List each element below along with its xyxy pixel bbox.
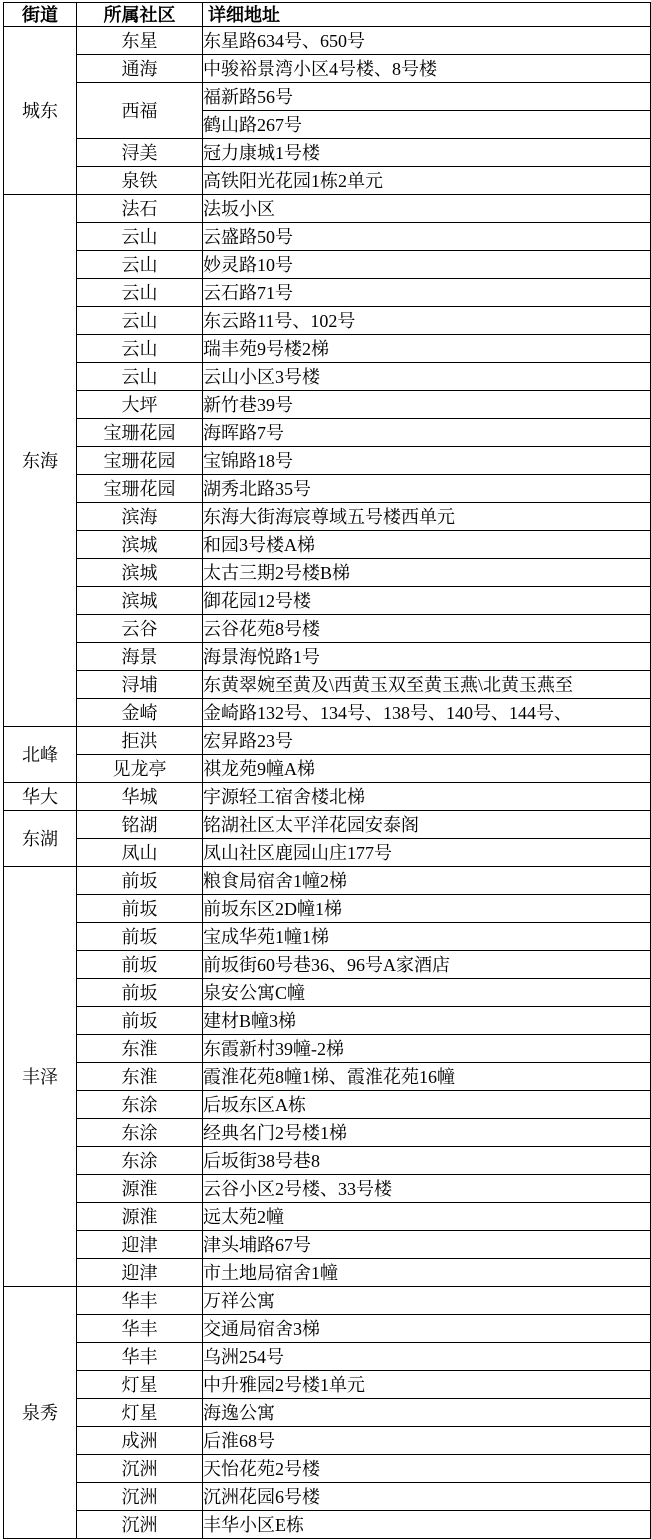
- community-cell: 云山: [77, 335, 203, 363]
- table-row: 宝珊花园海晖路7号: [4, 419, 651, 447]
- address-cell: 东星路634号、650号: [203, 27, 651, 55]
- address-cell: 妙灵路10号: [203, 251, 651, 279]
- community-cell: 沉洲: [77, 1455, 203, 1483]
- table-row: 迎津市土地局宿舍1幢: [4, 1259, 651, 1287]
- community-cell: 前坂: [77, 867, 203, 895]
- table-body: 城东东星东星路634号、650号通海中骏裕景湾小区4号楼、8号楼西福福新路56号…: [4, 27, 651, 1539]
- community-cell: 成洲: [77, 1427, 203, 1455]
- table-row: 云山云盛路50号: [4, 223, 651, 251]
- table-row: 云山云山小区3号楼: [4, 363, 651, 391]
- address-cell: 金崎路132号、134号、138号、140号、144号、: [203, 699, 651, 727]
- address-cell: 后坂东区A栋: [203, 1091, 651, 1119]
- address-cell: 新竹巷39号: [203, 391, 651, 419]
- address-cell: 云谷花苑8号楼: [203, 615, 651, 643]
- table-row: 华丰乌洲254号: [4, 1343, 651, 1371]
- address-cell: 乌洲254号: [203, 1343, 651, 1371]
- table-row: 大坪新竹巷39号: [4, 391, 651, 419]
- table-row: 东涂后坂东区A栋: [4, 1091, 651, 1119]
- table-row: 源淮远太苑2幢: [4, 1203, 651, 1231]
- table-row: 前坂宝成华苑1幢1梯: [4, 923, 651, 951]
- address-cell: 冠力康城1号楼: [203, 139, 651, 167]
- address-cell: 交通局宿舍3梯: [203, 1315, 651, 1343]
- address-cell: 东海大街海宸尊域五号楼西单元: [203, 503, 651, 531]
- address-cell: 福新路56号: [203, 83, 651, 111]
- header-row: 街道 所属社区 详细地址: [4, 3, 651, 27]
- address-cell: 云山小区3号楼: [203, 363, 651, 391]
- community-cell: 东涂: [77, 1147, 203, 1175]
- table-row: 东淮东霞新村39幢-2梯: [4, 1035, 651, 1063]
- community-cell: 源淮: [77, 1203, 203, 1231]
- address-cell: 铭湖社区太平洋花园安泰阁: [203, 811, 651, 839]
- table-row: 海景海景海悦路1号: [4, 643, 651, 671]
- address-cell: 市土地局宿舍1幢: [203, 1259, 651, 1287]
- community-cell: 东淮: [77, 1035, 203, 1063]
- table-row: 源淮云谷小区2号楼、33号楼: [4, 1175, 651, 1203]
- community-cell: 宝珊花园: [77, 475, 203, 503]
- street-cell: 华大: [4, 783, 77, 811]
- table-row: 东淮霞淮花苑8幢1梯、霞淮花苑16幢: [4, 1063, 651, 1091]
- community-cell: 滨城: [77, 559, 203, 587]
- community-cell: 沉洲: [77, 1511, 203, 1539]
- community-cell: 东涂: [77, 1119, 203, 1147]
- table-row: 前坂前坂街60号巷36、96号A家酒店: [4, 951, 651, 979]
- street-cell: 东海: [4, 195, 77, 727]
- address-cell: 后坂街38号巷8: [203, 1147, 651, 1175]
- street-cell: 北峰: [4, 727, 77, 783]
- address-cell: 建材B幢3梯: [203, 1007, 651, 1035]
- table-row: 迎津津头埔路67号: [4, 1231, 651, 1259]
- table-row: 东涂后坂街38号巷8: [4, 1147, 651, 1175]
- table-row: 东海法石法坂小区: [4, 195, 651, 223]
- table-row: 西福福新路56号: [4, 83, 651, 111]
- community-cell: 东涂: [77, 1091, 203, 1119]
- table-row: 沉洲天怡花苑2号楼: [4, 1455, 651, 1483]
- table-row: 宝珊花园宝锦路18号: [4, 447, 651, 475]
- address-cell: 宏昇路23号: [203, 727, 651, 755]
- community-cell: 通海: [77, 55, 203, 83]
- address-cell: 宝成华苑1幢1梯: [203, 923, 651, 951]
- table-row: 凤山凤山社区鹿园山庄177号: [4, 839, 651, 867]
- table-row: 沉洲丰华小区E栋: [4, 1511, 651, 1539]
- community-cell: 云山: [77, 251, 203, 279]
- community-cell: 云谷: [77, 615, 203, 643]
- community-cell: 见龙亭: [77, 755, 203, 783]
- community-cell: 拒洪: [77, 727, 203, 755]
- table-row: 前坂建材B幢3梯: [4, 1007, 651, 1035]
- address-cell: 泉安公寓C幢: [203, 979, 651, 1007]
- table-row: 东湖铭湖铭湖社区太平洋花园安泰阁: [4, 811, 651, 839]
- community-cell: 宝珊花园: [77, 419, 203, 447]
- address-cell: 宝锦路18号: [203, 447, 651, 475]
- table-row: 华丰交通局宿舍3梯: [4, 1315, 651, 1343]
- community-cell: 源淮: [77, 1175, 203, 1203]
- community-cell: 迎津: [77, 1231, 203, 1259]
- table-row: 滨城太古三期2号楼B梯: [4, 559, 651, 587]
- table-row: 前坂泉安公寓C幢: [4, 979, 651, 1007]
- table-row: 宝珊花园湖秀北路35号: [4, 475, 651, 503]
- community-cell: 迎津: [77, 1259, 203, 1287]
- community-cell: 宝珊花园: [77, 447, 203, 475]
- address-cell: 海景海悦路1号: [203, 643, 651, 671]
- table-row: 灯星海逸公寓: [4, 1399, 651, 1427]
- community-cell: 灯星: [77, 1371, 203, 1399]
- community-cell: 前坂: [77, 923, 203, 951]
- street-cell: 东湖: [4, 811, 77, 867]
- community-cell: 法石: [77, 195, 203, 223]
- address-cell: 中升雅园2号楼1单元: [203, 1371, 651, 1399]
- community-cell: 滨海: [77, 503, 203, 531]
- address-table: 街道 所属社区 详细地址 城东东星东星路634号、650号通海中骏裕景湾小区4号…: [3, 2, 651, 1539]
- table-row: 城东东星东星路634号、650号: [4, 27, 651, 55]
- header-address: 详细地址: [203, 3, 651, 27]
- community-cell: 东淮: [77, 1063, 203, 1091]
- community-cell: 华丰: [77, 1343, 203, 1371]
- table-row: 云谷云谷花苑8号楼: [4, 615, 651, 643]
- address-cell: 东霞新村39幢-2梯: [203, 1035, 651, 1063]
- address-cell: 云盛路50号: [203, 223, 651, 251]
- table-row: 沉洲沉洲花园6号楼: [4, 1483, 651, 1511]
- address-cell: 霞淮花苑8幢1梯、霞淮花苑16幢: [203, 1063, 651, 1091]
- address-cell: 宇源轻工宿舍楼北梯: [203, 783, 651, 811]
- address-cell: 前坂街60号巷36、96号A家酒店: [203, 951, 651, 979]
- table-row: 浔美冠力康城1号楼: [4, 139, 651, 167]
- community-cell: 前坂: [77, 951, 203, 979]
- table-row: 北峰拒洪宏昇路23号: [4, 727, 651, 755]
- table-row: 成洲后淮68号: [4, 1427, 651, 1455]
- address-cell: 沉洲花园6号楼: [203, 1483, 651, 1511]
- table-row: 通海中骏裕景湾小区4号楼、8号楼: [4, 55, 651, 83]
- community-cell: 沉洲: [77, 1483, 203, 1511]
- address-cell: 万祥公寓: [203, 1287, 651, 1315]
- address-cell: 御花园12号楼: [203, 587, 651, 615]
- table-row: 华大华城宇源轻工宿舍楼北梯: [4, 783, 651, 811]
- address-cell: 粮食局宿舍1幢2梯: [203, 867, 651, 895]
- street-cell: 泉秀: [4, 1287, 77, 1539]
- address-cell: 后淮68号: [203, 1427, 651, 1455]
- community-cell: 金崎: [77, 699, 203, 727]
- table-row: 滨城和园3号楼A梯: [4, 531, 651, 559]
- address-cell: 远太苑2幢: [203, 1203, 651, 1231]
- community-cell: 浔埔: [77, 671, 203, 699]
- community-cell: 滨城: [77, 531, 203, 559]
- community-cell: 凤山: [77, 839, 203, 867]
- table-row: 云山瑞丰苑9号楼2梯: [4, 335, 651, 363]
- address-cell: 海晖路7号: [203, 419, 651, 447]
- address-cell: 法坂小区: [203, 195, 651, 223]
- table-row: 云山东云路11号、102号: [4, 307, 651, 335]
- table-row: 金崎金崎路132号、134号、138号、140号、144号、: [4, 699, 651, 727]
- community-cell: 前坂: [77, 895, 203, 923]
- street-cell: 丰泽: [4, 867, 77, 1287]
- community-cell: 华丰: [77, 1287, 203, 1315]
- community-cell: 华丰: [77, 1315, 203, 1343]
- address-cell: 丰华小区E栋: [203, 1511, 651, 1539]
- community-cell: 云山: [77, 223, 203, 251]
- table-row: 泉铁高铁阳光花园1栋2单元: [4, 167, 651, 195]
- table-header: 街道 所属社区 详细地址: [4, 3, 651, 27]
- address-cell: 鹤山路267号: [203, 111, 651, 139]
- table-row: 灯星中升雅园2号楼1单元: [4, 1371, 651, 1399]
- table-row: 滨城御花园12号楼: [4, 587, 651, 615]
- address-cell: 瑞丰苑9号楼2梯: [203, 335, 651, 363]
- address-cell: 祺龙苑9幢A梯: [203, 755, 651, 783]
- table-row: 见龙亭祺龙苑9幢A梯: [4, 755, 651, 783]
- address-cell: 前坂东区2D幢1梯: [203, 895, 651, 923]
- community-cell: 大坪: [77, 391, 203, 419]
- community-cell: 前坂: [77, 1007, 203, 1035]
- table-row: 云山妙灵路10号: [4, 251, 651, 279]
- community-cell: 云山: [77, 279, 203, 307]
- address-cell: 云石路71号: [203, 279, 651, 307]
- address-cell: 云谷小区2号楼、33号楼: [203, 1175, 651, 1203]
- header-street: 街道: [4, 3, 77, 27]
- community-cell: 铭湖: [77, 811, 203, 839]
- community-cell: 海景: [77, 643, 203, 671]
- community-cell: 浔美: [77, 139, 203, 167]
- table-row: 东涂经典名门2号楼1梯: [4, 1119, 651, 1147]
- address-cell: 湖秀北路35号: [203, 475, 651, 503]
- community-cell: 西福: [77, 83, 203, 139]
- table-row: 浔埔东黄翠婉至黄及\西黄玉双至黄玉燕\北黄玉燕至: [4, 671, 651, 699]
- address-cell: 和园3号楼A梯: [203, 531, 651, 559]
- address-cell: 天怡花苑2号楼: [203, 1455, 651, 1483]
- address-cell: 经典名门2号楼1梯: [203, 1119, 651, 1147]
- community-cell: 滨城: [77, 587, 203, 615]
- address-cell: 高铁阳光花园1栋2单元: [203, 167, 651, 195]
- address-cell: 凤山社区鹿园山庄177号: [203, 839, 651, 867]
- address-cell: 海逸公寓: [203, 1399, 651, 1427]
- table-row: 前坂前坂东区2D幢1梯: [4, 895, 651, 923]
- address-cell: 东黄翠婉至黄及\西黄玉双至黄玉燕\北黄玉燕至: [203, 671, 651, 699]
- community-cell: 华城: [77, 783, 203, 811]
- table-row: 丰泽前坂粮食局宿舍1幢2梯: [4, 867, 651, 895]
- community-cell: 云山: [77, 363, 203, 391]
- community-cell: 泉铁: [77, 167, 203, 195]
- community-cell: 前坂: [77, 979, 203, 1007]
- community-cell: 云山: [77, 307, 203, 335]
- address-cell: 太古三期2号楼B梯: [203, 559, 651, 587]
- table-row: 泉秀华丰万祥公寓: [4, 1287, 651, 1315]
- address-cell: 中骏裕景湾小区4号楼、8号楼: [203, 55, 651, 83]
- street-cell: 城东: [4, 27, 77, 195]
- header-community: 所属社区: [77, 3, 203, 27]
- address-cell: 津头埔路67号: [203, 1231, 651, 1259]
- table-row: 滨海东海大街海宸尊域五号楼西单元: [4, 503, 651, 531]
- community-cell: 灯星: [77, 1399, 203, 1427]
- table-row: 云山云石路71号: [4, 279, 651, 307]
- address-cell: 东云路11号、102号: [203, 307, 651, 335]
- community-cell: 东星: [77, 27, 203, 55]
